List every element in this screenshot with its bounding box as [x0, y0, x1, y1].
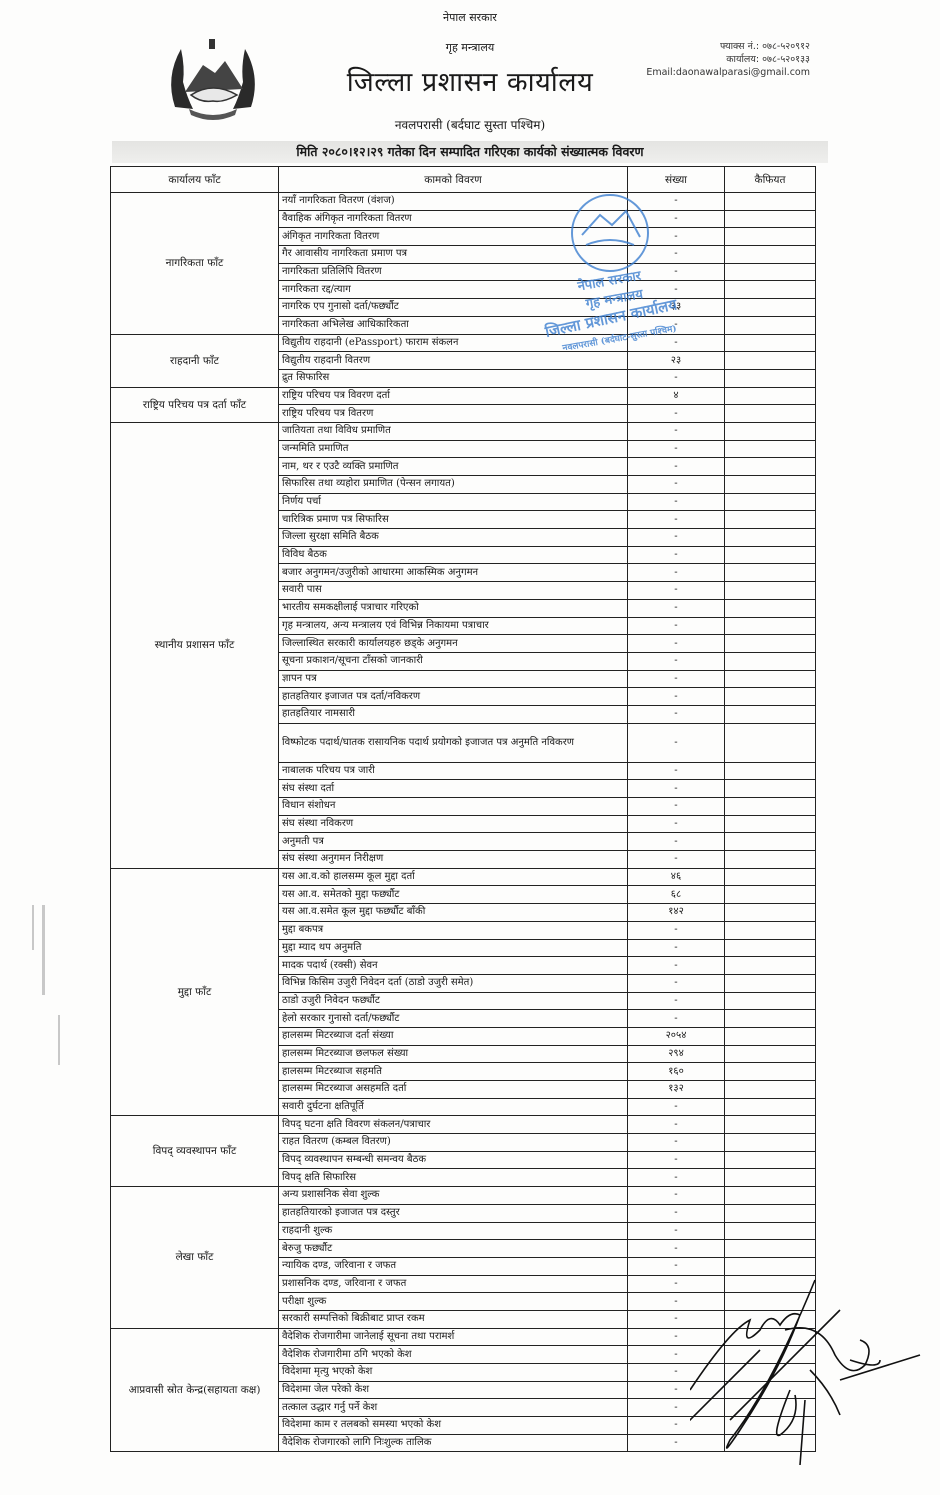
task-remarks	[725, 582, 816, 600]
task-count: -	[628, 798, 725, 816]
task-remarks	[725, 1293, 816, 1311]
scan-artifact	[42, 905, 45, 995]
task-remarks	[725, 1081, 816, 1099]
task-remarks	[725, 228, 816, 246]
task-description: नागरिकता प्रतिलिपि वितरण	[279, 263, 628, 281]
task-description: चारित्रिक प्रमाण पत्र सिफारिस	[279, 511, 628, 529]
task-description: अनुमती पत्र	[279, 833, 628, 851]
section-name: लेखा फाँट	[111, 1187, 279, 1329]
task-count: ४६	[628, 868, 725, 886]
task-remarks	[725, 904, 816, 922]
task-description: विद्युतीय राहदानी वितरण	[279, 352, 628, 370]
task-remarks	[725, 939, 816, 957]
task-remarks	[725, 1151, 816, 1169]
task-count: -	[628, 815, 725, 833]
task-count: -	[628, 316, 725, 334]
task-remarks	[725, 798, 816, 816]
task-description: जिल्ला सुरक्षा समिति बैठक	[279, 529, 628, 547]
scan-artifact	[58, 1015, 60, 1065]
task-remarks	[725, 193, 816, 211]
task-remarks	[725, 387, 816, 405]
task-remarks	[725, 705, 816, 723]
task-count: -	[628, 1098, 725, 1116]
task-description: मुद्दा बकपत्र	[279, 921, 628, 939]
task-description: सवारी दुर्घटना क्षतिपूर्ति	[279, 1098, 628, 1116]
task-description: संघ संस्था दर्ता	[279, 780, 628, 798]
task-remarks	[725, 1098, 816, 1116]
task-count: -	[628, 546, 725, 564]
table-row: विपद् व्यवस्थापन फाँटविपद् घटना क्षति वि…	[111, 1116, 816, 1134]
task-count: -	[628, 1222, 725, 1240]
task-count: -	[628, 780, 725, 798]
task-count: -	[628, 635, 725, 653]
task-remarks	[725, 476, 816, 494]
task-count: -	[628, 670, 725, 688]
task-description: संघ संस्था अनुगमन निरीक्षण	[279, 851, 628, 869]
task-description: तत्काल उद्धार गर्नु पर्ने केश	[279, 1399, 628, 1417]
task-count: -	[628, 1381, 725, 1399]
task-count: -	[628, 652, 725, 670]
task-count: -	[628, 1328, 725, 1346]
task-remarks	[725, 511, 816, 529]
section-name: राष्ट्रिय परिचय पत्र दर्ता फाँट	[111, 387, 279, 422]
task-description: विधान संशोधन	[279, 798, 628, 816]
task-description: विदेशमा काम र तलबको समस्या भएको केश	[279, 1417, 628, 1435]
col-header-remarks: कैफियत	[725, 167, 816, 193]
task-remarks	[725, 1116, 816, 1134]
task-count: -	[628, 851, 725, 869]
task-remarks	[725, 529, 816, 547]
task-remarks	[725, 1417, 816, 1435]
task-remarks	[725, 780, 816, 798]
task-count: -	[628, 723, 725, 762]
task-description: विपद् घटना क्षति विवरण संकलन/पत्राचार	[279, 1116, 628, 1134]
task-count: २९४	[628, 1045, 725, 1063]
task-remarks	[725, 1275, 816, 1293]
task-description: निर्णय पर्चा	[279, 493, 628, 511]
task-count: -	[628, 281, 725, 299]
contact-block: फ्याक्स नं.: ०७८-५२०९१२ कार्यालय: ०७८-५२…	[646, 40, 810, 79]
task-remarks	[725, 723, 816, 762]
task-count: -	[628, 688, 725, 706]
task-description: नयाँ नागरिकता वितरण (वंशज)	[279, 193, 628, 211]
task-description: विपद् व्यवस्थापन सम्बन्धी समन्वय बैठक	[279, 1151, 628, 1169]
task-remarks	[725, 1399, 816, 1417]
task-count: -	[628, 1364, 725, 1382]
task-count: २०५४	[628, 1027, 725, 1045]
phone-number: कार्यालय: ०७८-५२०१३३	[646, 53, 810, 66]
task-remarks	[725, 921, 816, 939]
task-count: -	[628, 511, 725, 529]
task-description: परीक्षा शुल्क	[279, 1293, 628, 1311]
task-description: बजार अनुगमन/उजुरीको आधारमा आकस्मिक अनुगम…	[279, 564, 628, 582]
table-row: राष्ट्रिय परिचय पत्र दर्ता फाँटराष्ट्रिय…	[111, 387, 816, 405]
task-description: विविध बैठक	[279, 546, 628, 564]
col-header-count: संख्या	[628, 167, 725, 193]
task-count: १३२	[628, 1081, 725, 1099]
task-count: -	[628, 599, 725, 617]
task-count: -	[628, 974, 725, 992]
task-count: -	[628, 939, 725, 957]
task-remarks	[725, 1240, 816, 1258]
district-name: नवलपरासी (बर्दघाट सुस्ता पश्चिम)	[0, 116, 940, 133]
task-remarks	[725, 1187, 816, 1205]
task-description: यस आ.व.समेत कूल मुद्दा फर्छ्यौट बाँकी	[279, 904, 628, 922]
task-remarks	[725, 635, 816, 653]
task-count: -	[628, 582, 725, 600]
task-description: नाबालक परिचय पत्र जारी	[279, 762, 628, 780]
task-description: मुद्दा म्याद थप अनुमति	[279, 939, 628, 957]
col-header-task: कामको विवरण	[279, 167, 628, 193]
task-count: ४	[628, 387, 725, 405]
task-count: -	[628, 1417, 725, 1435]
section-name: स्थानीय प्रशासन फाँट	[111, 422, 279, 868]
table-row: नागरिकता फाँटनयाँ नागरिकता वितरण (वंशज)-	[111, 193, 816, 211]
task-remarks	[725, 299, 816, 317]
section-name: मुद्दा फाँट	[111, 868, 279, 1116]
task-count: -	[628, 1240, 725, 1258]
task-remarks	[725, 617, 816, 635]
task-remarks	[725, 281, 816, 299]
task-description: ज्ञापन पत्र	[279, 670, 628, 688]
task-count: -	[628, 921, 725, 939]
task-remarks	[725, 1364, 816, 1382]
task-remarks	[725, 493, 816, 511]
task-description: संघ संस्था नविकरण	[279, 815, 628, 833]
task-count: -	[628, 1293, 725, 1311]
task-description: हालसम्म मिटरब्याज असहमति दर्ता	[279, 1081, 628, 1099]
task-description: यस आ.व. समेतको मुद्दा फर्छ्यौट	[279, 886, 628, 904]
task-description: जन्ममिति प्रमाणित	[279, 440, 628, 458]
task-remarks	[725, 974, 816, 992]
task-count: -	[628, 476, 725, 494]
task-description: राष्ट्रिय परिचय पत्र विवरण दर्ता	[279, 387, 628, 405]
task-description: अंगिकृत नागरिकता वितरण	[279, 228, 628, 246]
section-name: नागरिकता फाँट	[111, 193, 279, 335]
task-count: -	[628, 1187, 725, 1205]
task-description: विद्युतीय राहदानी (ePassport) फाराम संकल…	[279, 334, 628, 352]
task-count: -	[628, 957, 725, 975]
task-remarks	[725, 334, 816, 352]
task-remarks	[725, 833, 816, 851]
task-description: अन्य प्रशासनिक सेवा शुल्क	[279, 1187, 628, 1205]
task-description: नागरिकता अभिलेख आधिकारिकता	[279, 316, 628, 334]
task-count: -	[628, 246, 725, 264]
task-count: -	[628, 405, 725, 423]
task-remarks	[725, 1434, 816, 1452]
task-remarks	[725, 546, 816, 564]
section-name: विपद् व्यवस्थापन फाँट	[111, 1116, 279, 1187]
task-description: विपद् क्षति सिफारिस	[279, 1169, 628, 1187]
task-remarks	[725, 316, 816, 334]
task-description: न्यायिक दण्ड, जरिवाना र जफत	[279, 1257, 628, 1275]
task-remarks	[725, 1204, 816, 1222]
task-count: -	[628, 564, 725, 582]
table-header-row: कार्यालय फाँट कामको विवरण संख्या कैफियत	[111, 167, 816, 193]
task-count: -	[628, 1257, 725, 1275]
task-remarks	[725, 1027, 816, 1045]
task-remarks	[725, 1222, 816, 1240]
task-description: वैदेशिक रोजगारीमा जानेलाई सूचना तथा पराम…	[279, 1328, 628, 1346]
task-description: बेरुजु फर्छ्यौट	[279, 1240, 628, 1258]
task-description: नाम, थर र एउटै व्यक्ति प्रमाणित	[279, 458, 628, 476]
task-description: सवारी पास	[279, 582, 628, 600]
task-remarks	[725, 868, 816, 886]
task-description: विष्फोटक पदार्थ/घातक रासायनिक पदार्थ प्र…	[279, 723, 628, 762]
task-description: जातियता तथा विविध प्रमाणित	[279, 422, 628, 440]
task-count: -	[628, 493, 725, 511]
task-remarks	[725, 1045, 816, 1063]
task-remarks	[725, 564, 816, 582]
task-count: -	[628, 263, 725, 281]
task-description: वैवाहिक अंगिकृत नागरिकता वितरण	[279, 210, 628, 228]
task-count: -	[628, 617, 725, 635]
task-remarks	[725, 440, 816, 458]
task-remarks	[725, 1010, 816, 1028]
task-count: -	[628, 228, 725, 246]
task-count: -	[628, 1116, 725, 1134]
task-count: -	[628, 369, 725, 387]
task-remarks	[725, 210, 816, 228]
task-remarks	[725, 851, 816, 869]
task-description: हालसम्म मिटरब्याज छलफल संख्या	[279, 1045, 628, 1063]
task-count: -	[628, 422, 725, 440]
task-remarks	[725, 688, 816, 706]
task-count: -	[628, 833, 725, 851]
section-name: आप्रवासी स्रोत केन्द्र(सहायता कक्ष)	[111, 1328, 279, 1452]
scan-artifact	[32, 905, 34, 950]
task-count: -	[628, 1151, 725, 1169]
task-remarks	[725, 652, 816, 670]
task-count: १६०	[628, 1063, 725, 1081]
task-description: भारतीय समकक्षीलाई पत्राचार गरिएको	[279, 599, 628, 617]
task-description: वैदेशिक रोजगारको लागि निःशुल्क तालिक	[279, 1434, 628, 1452]
daily-activity-table: कार्यालय फाँट कामको विवरण संख्या कैफियत …	[110, 166, 816, 1452]
emblem-icon	[163, 37, 263, 123]
task-count: -	[628, 1169, 725, 1187]
task-remarks	[725, 1328, 816, 1346]
task-remarks	[725, 762, 816, 780]
task-count: -	[628, 1434, 725, 1452]
task-count: ६८	[628, 886, 725, 904]
table-row: लेखा फाँटअन्य प्रशासनिक सेवा शुल्क-	[111, 1187, 816, 1205]
task-description: गृह मन्त्रालय, अन्य मन्त्रालय एवं विभिन्…	[279, 617, 628, 635]
task-description: सूचना प्रकाशन/सूचना टाँसको जानकारी	[279, 652, 628, 670]
task-remarks	[725, 886, 816, 904]
task-count: -	[628, 210, 725, 228]
task-count: २३	[628, 352, 725, 370]
task-remarks	[725, 352, 816, 370]
task-count: -	[628, 440, 725, 458]
task-description: हालसम्म मिटरब्याज दर्ता संख्या	[279, 1027, 628, 1045]
task-count: -	[628, 193, 725, 211]
task-remarks	[725, 369, 816, 387]
task-description: गैर आवासीय नागरिकता प्रमाण पत्र	[279, 246, 628, 264]
task-description: विदेशमा मृत्यु भएको केश	[279, 1364, 628, 1382]
task-description: हातहतियार इजाजत पत्र दर्ता/नविकरण	[279, 688, 628, 706]
table-row: आप्रवासी स्रोत केन्द्र(सहायता कक्ष)वैदेश…	[111, 1328, 816, 1346]
task-remarks	[725, 1381, 816, 1399]
task-description: हातहतियारको इजाजत पत्र दस्तुर	[279, 1204, 628, 1222]
task-count: -	[628, 1310, 725, 1328]
government-name: नेपाल सरकार	[0, 10, 940, 25]
task-count: -	[628, 1346, 725, 1364]
task-count: १४२	[628, 904, 725, 922]
task-remarks	[725, 1257, 816, 1275]
table-row: मुद्दा फाँटयस आ.व.को हालसम्म कूल मुद्दा …	[111, 868, 816, 886]
task-description: नागरिकता रद्द/त्याग	[279, 281, 628, 299]
task-remarks	[725, 670, 816, 688]
task-remarks	[725, 458, 816, 476]
email-address: Email:daonawalparasi@gmail.com	[646, 66, 810, 79]
task-count: -	[628, 705, 725, 723]
task-remarks	[725, 599, 816, 617]
task-description: हेलो सरकार गुनासो दर्ता/फर्छ्यौट	[279, 1010, 628, 1028]
task-remarks	[725, 422, 816, 440]
task-description: सरकारी सम्पत्तिको बिक्रीबाट प्राप्त रकम	[279, 1310, 628, 1328]
task-count: -	[628, 1399, 725, 1417]
task-count: -	[628, 1134, 725, 1152]
task-count: -	[628, 762, 725, 780]
section-name: राहदानी फाँट	[111, 334, 279, 387]
task-description: जिल्लास्थित सरकारी कार्यालयहरु छड्के अनु…	[279, 635, 628, 653]
task-description: विभिन्न किसिम उजुरी निवेदन दर्ता (ठाडो उ…	[279, 974, 628, 992]
task-remarks	[725, 1063, 816, 1081]
task-remarks	[725, 992, 816, 1010]
task-description: ठाडो उजुरी निवेदन फर्छ्यौट	[279, 992, 628, 1010]
task-remarks	[725, 263, 816, 281]
task-count: -	[628, 1275, 725, 1293]
task-count: -	[628, 1010, 725, 1028]
task-remarks	[725, 1310, 816, 1328]
task-count: -	[628, 458, 725, 476]
task-description: वैदेशिक रोजगारीमा ठगि भएको केश	[279, 1346, 628, 1364]
table-row: स्थानीय प्रशासन फाँटजातियता तथा विविध प्…	[111, 422, 816, 440]
task-count: ३३	[628, 299, 725, 317]
task-description: नागरिक एप गुनासो दर्ता/फर्छ्यौट	[279, 299, 628, 317]
task-count: -	[628, 334, 725, 352]
task-description: हातहतियार नामसारी	[279, 705, 628, 723]
task-remarks	[725, 815, 816, 833]
task-count: -	[628, 1204, 725, 1222]
task-remarks	[725, 1134, 816, 1152]
task-description: द्रुत सिफारिस	[279, 369, 628, 387]
task-description: सिफारिस तथा व्यहोरा प्रमाणित (पेन्सन लगा…	[279, 476, 628, 494]
task-description: राहत वितरण (कम्बल वितरण)	[279, 1134, 628, 1152]
task-description: राहदानी शुल्क	[279, 1222, 628, 1240]
report-title: मिति २०८०।१२।२९ गतेका दिन सम्पादित गरिएक…	[112, 141, 828, 163]
task-remarks	[725, 246, 816, 264]
fax-number: फ्याक्स नं.: ०७८-५२०९१२	[646, 40, 810, 53]
table-row: राहदानी फाँटविद्युतीय राहदानी (ePassport…	[111, 334, 816, 352]
task-description: प्रशासनिक दण्ड, जरिवाना र जफत	[279, 1275, 628, 1293]
task-remarks	[725, 957, 816, 975]
task-description: यस आ.व.को हालसम्म कूल मुद्दा दर्ता	[279, 868, 628, 886]
task-description: राष्ट्रिय परिचय पत्र वितरण	[279, 405, 628, 423]
task-description: विदेशमा जेल परेको केश	[279, 1381, 628, 1399]
task-remarks	[725, 1169, 816, 1187]
task-count: -	[628, 529, 725, 547]
task-count: -	[628, 992, 725, 1010]
col-header-section: कार्यालय फाँट	[111, 167, 279, 193]
task-description: हालसम्म मिटरब्याज सहमति	[279, 1063, 628, 1081]
task-remarks	[725, 405, 816, 423]
task-description: मादक पदार्थ (रक्सी) सेवन	[279, 957, 628, 975]
task-remarks	[725, 1346, 816, 1364]
